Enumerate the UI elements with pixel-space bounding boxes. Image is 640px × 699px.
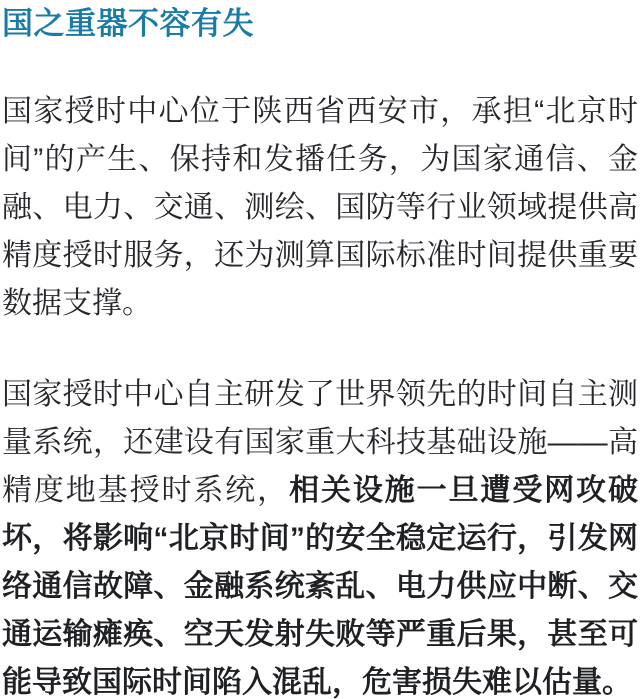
article-heading: 国之重器不容有失: [2, 2, 638, 46]
article-body: 国之重器不容有失 国家授时中心位于陕西省西安市，承担“北京时间”的产生、保持和发…: [0, 0, 640, 699]
paragraph-intro: 国家授时中心位于陕西省西安市，承担“北京时间”的产生、保持和发播任务，为国家通信…: [2, 88, 638, 328]
paragraph-risk-bold-text: 相关设施一旦遭受网攻破坏，将影响“北京时间”的安全稳定运行，引发网络通信故障、金…: [2, 474, 638, 699]
paragraph-intro-text: 国家授时中心位于陕西省西安市，承担“北京时间”的产生、保持和发播任务，为国家通信…: [2, 95, 638, 320]
paragraph-risk: 国家授时中心自主研发了世界领先的时间自主测量系统，还建设有国家重大科技基础设施—…: [2, 371, 638, 699]
